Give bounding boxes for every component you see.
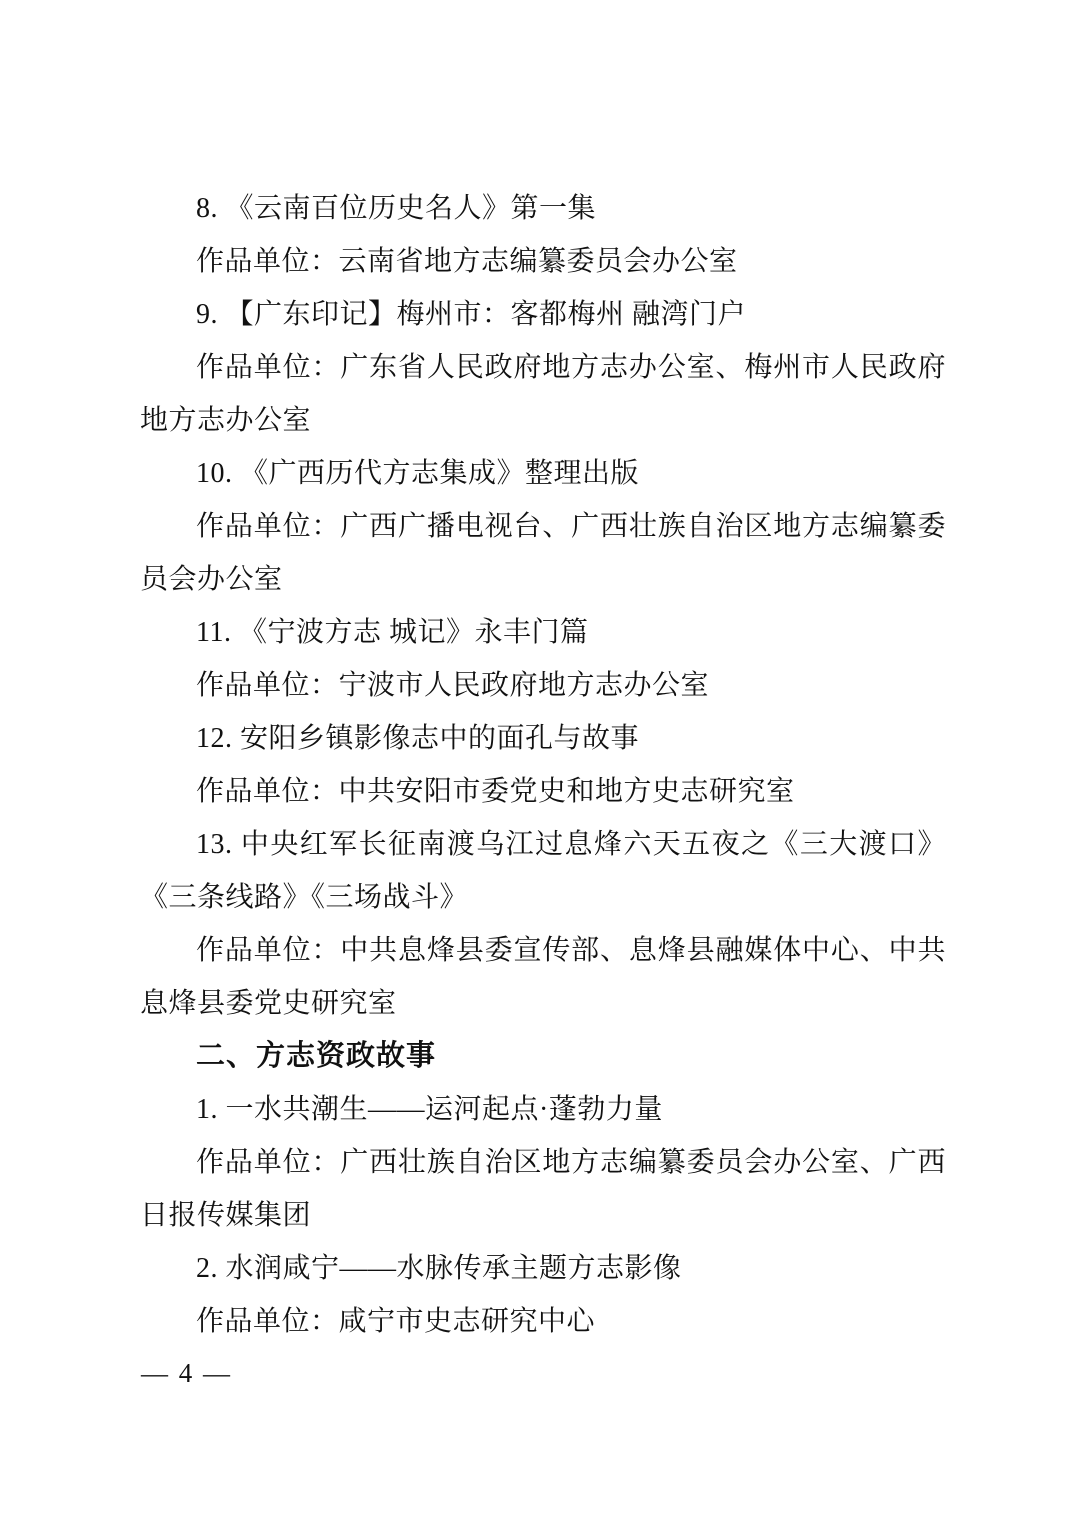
entry-s2-1-unit: 作品单位：广西壮族自治区地方志编纂委员会办公室、广西日报传媒集团: [140, 1136, 946, 1242]
entry-9-unit: 作品单位：广东省人民政府地方志办公室、梅州市人民政府地方志办公室: [140, 341, 946, 447]
entry-s2-2-unit: 作品单位：咸宁市史志研究中心: [140, 1295, 946, 1348]
entry-11-unit: 作品单位：宁波市人民政府地方志办公室: [140, 659, 946, 712]
entry-9-title: 9. 【广东印记】梅州市：客都梅州 融湾门户: [140, 288, 946, 341]
entry-12-unit: 作品单位：中共安阳市委党史和地方史志研究室: [140, 765, 946, 818]
entry-11-title: 11. 《宁波方志 城记》永丰门篇: [140, 606, 946, 659]
entry-10-unit: 作品单位：广西广播电视台、广西壮族自治区地方志编纂委员会办公室: [140, 500, 946, 606]
entry-s2-1-title: 1. 一水共潮生——运河起点·蓬勃力量: [140, 1083, 946, 1136]
entry-10-title: 10. 《广西历代方志集成》整理出版: [140, 447, 946, 500]
entry-13-unit: 作品单位：中共息烽县委宣传部、息烽县融媒体中心、中共息烽县委党史研究室: [140, 924, 946, 1030]
document-body: 8. 《云南百位历史名人》第一集 作品单位：云南省地方志编纂委员会办公室 9. …: [140, 182, 946, 1348]
page-number: — 4 —: [141, 1356, 232, 1390]
entry-8-title: 8. 《云南百位历史名人》第一集: [140, 182, 946, 235]
entry-8-unit: 作品单位：云南省地方志编纂委员会办公室: [140, 235, 946, 288]
document-page: 8. 《云南百位历史名人》第一集 作品单位：云南省地方志编纂委员会办公室 9. …: [0, 0, 1080, 1529]
entry-s2-2-title: 2. 水润咸宁——水脉传承主题方志影像: [140, 1242, 946, 1295]
entry-12-title: 12. 安阳乡镇影像志中的面孔与故事: [140, 712, 946, 765]
entry-13-title: 13. 中央红军长征南渡乌江过息烽六天五夜之《三大渡口》《三条线路》《三场战斗》: [140, 818, 946, 924]
section-2-heading: 二、方志资政故事: [140, 1030, 946, 1083]
